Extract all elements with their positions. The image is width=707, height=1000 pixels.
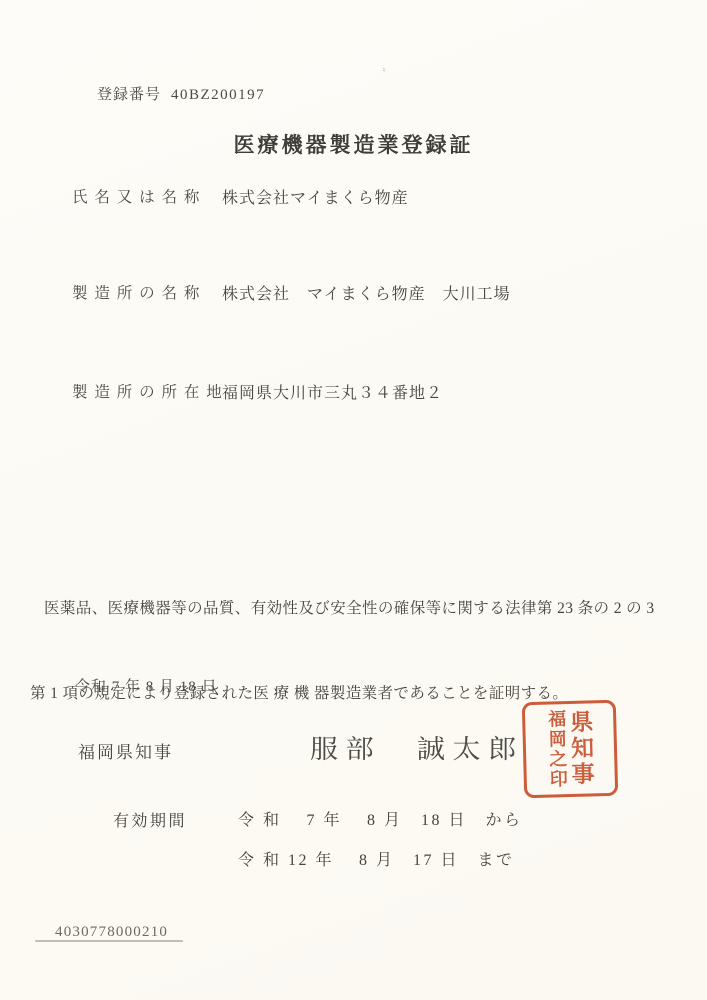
- scan-edge-artifact: [35, 940, 183, 942]
- registration-number-value: 40BZ200197: [171, 87, 265, 103]
- seal-text-left-column: 福岡之印: [547, 709, 567, 789]
- legal-statement-line1: 医薬品、医療機器等の品質、有効性及び安全性の確保等に関する法律第 23 条の 2…: [30, 596, 685, 618]
- issuer-name: 服部 誠太郎: [310, 729, 524, 766]
- issue-date: 令和 7 年 8 月 18 日: [75, 675, 218, 696]
- document-title: 医療機器製造業登録証: [0, 129, 707, 159]
- validity-period-from: 令 和 7 年 8 月 18 日 から: [238, 807, 523, 830]
- field-label-name: 氏 名 又 は 名 称: [72, 185, 201, 207]
- field-value-name: 株式会社マイまくら物産: [222, 185, 409, 208]
- seal-text-right-column: 県知事: [568, 709, 593, 788]
- field-label-factory-name: 製 造 所 の 名 称: [72, 281, 201, 303]
- field-label-factory-address: 製 造 所 の 所 在 地: [72, 380, 223, 402]
- registration-number-label: 登録番号: [97, 87, 161, 103]
- scan-speck: 〝: [377, 66, 385, 72]
- issuer-title: 福岡県知事: [78, 738, 173, 763]
- validity-period-to: 令 和 12 年 8 月 17 日 まで: [238, 847, 515, 870]
- official-red-seal: 福岡之印 県知事: [522, 700, 618, 798]
- validity-period-label: 有効期間: [113, 808, 187, 831]
- registration-number-line: 登録番号40BZ200197: [78, 66, 265, 121]
- field-value-factory-name: 株式会社 マイまくら物産 大川工場: [222, 281, 511, 304]
- certificate-document: 登録番号40BZ200197 〝 医療機器製造業登録証 氏 名 又 は 名 称 …: [0, 0, 707, 1000]
- field-value-factory-address: 福岡県大川市三丸３４番地２: [222, 380, 443, 403]
- document-code: 4030778000210: [55, 924, 168, 941]
